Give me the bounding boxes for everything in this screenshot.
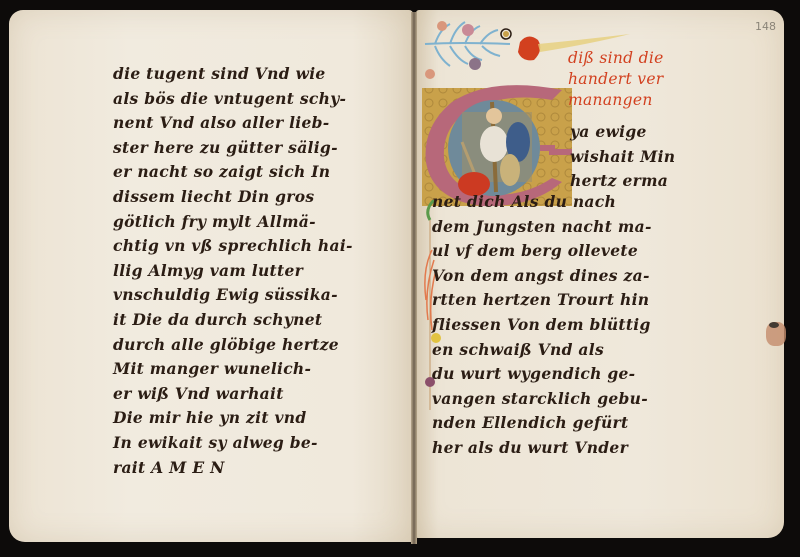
left-page-text: die tugent sind Vnd wie als bös die vntu… <box>113 62 403 480</box>
text-line: er wiß Vnd warhait <box>113 382 403 407</box>
text-line: er nacht so zaigt sich In <box>113 160 403 185</box>
text-line: llig Almyg vam lutter <box>113 259 403 284</box>
text-line: die tugent sind Vnd wie <box>113 62 403 87</box>
text-line: chtig vn vß sprechlich hai- <box>113 234 403 259</box>
text-line: als bös die vntugent schy- <box>113 87 403 112</box>
text-line: en schwaiß Vnd als <box>432 338 732 363</box>
text-line: vnschuldig Ewig süssika- <box>113 283 403 308</box>
text-line: nden Ellendich gefürt <box>432 411 732 436</box>
text-line: Die mir hie yn zit vnd <box>113 406 403 431</box>
initial-side-text: ya ewige wishait Min hertz erma <box>570 120 730 194</box>
rubric-line: manangen <box>568 90 664 111</box>
text-line: fliessen Von dem blüttig <box>432 313 732 338</box>
text-line: durch alle glöbige hertze <box>113 333 403 358</box>
text-line: nent Vnd also aller lieb- <box>113 111 403 136</box>
text-line: wishait Min <box>570 145 730 170</box>
text-line: ster here zu gütter sälig- <box>113 136 403 161</box>
text-line: net dich Als du nach <box>432 190 732 215</box>
text-line: ya ewige <box>570 120 730 145</box>
manuscript-spread: 148 <box>0 0 800 557</box>
text-line: du wurt wygendich ge- <box>432 362 732 387</box>
text-line: götlich fry mylt Allmä- <box>113 210 403 235</box>
rubric-line: handert ver <box>568 69 664 90</box>
text-line: dissem liecht Din gros <box>113 185 403 210</box>
book-gutter <box>411 12 417 544</box>
text-line: Von dem angst dines za- <box>432 264 732 289</box>
margin-stain <box>766 322 786 346</box>
text-line: rtten hertzen Trourt hin <box>432 288 732 313</box>
text-line: In ewikait sy alweg be- <box>113 431 403 456</box>
text-line: vangen starcklich gebu- <box>432 387 732 412</box>
text-line: it Die da durch schynet <box>113 308 403 333</box>
text-line: Mit manger wunelich- <box>113 357 403 382</box>
right-page-text: net dich Als du nach dem Jungsten nacht … <box>432 190 732 461</box>
rubric-line: diß sind die <box>568 48 664 69</box>
rubric-heading: diß sind die handert ver manangen <box>568 48 664 111</box>
text-line: her als du wurt Vnder <box>432 436 732 461</box>
folio-number: 148 <box>755 20 776 33</box>
text-line: ul vf dem berg ollevete <box>432 239 732 264</box>
text-line: rait A M E N <box>113 456 403 481</box>
text-line: dem Jungsten nacht ma- <box>432 215 732 240</box>
